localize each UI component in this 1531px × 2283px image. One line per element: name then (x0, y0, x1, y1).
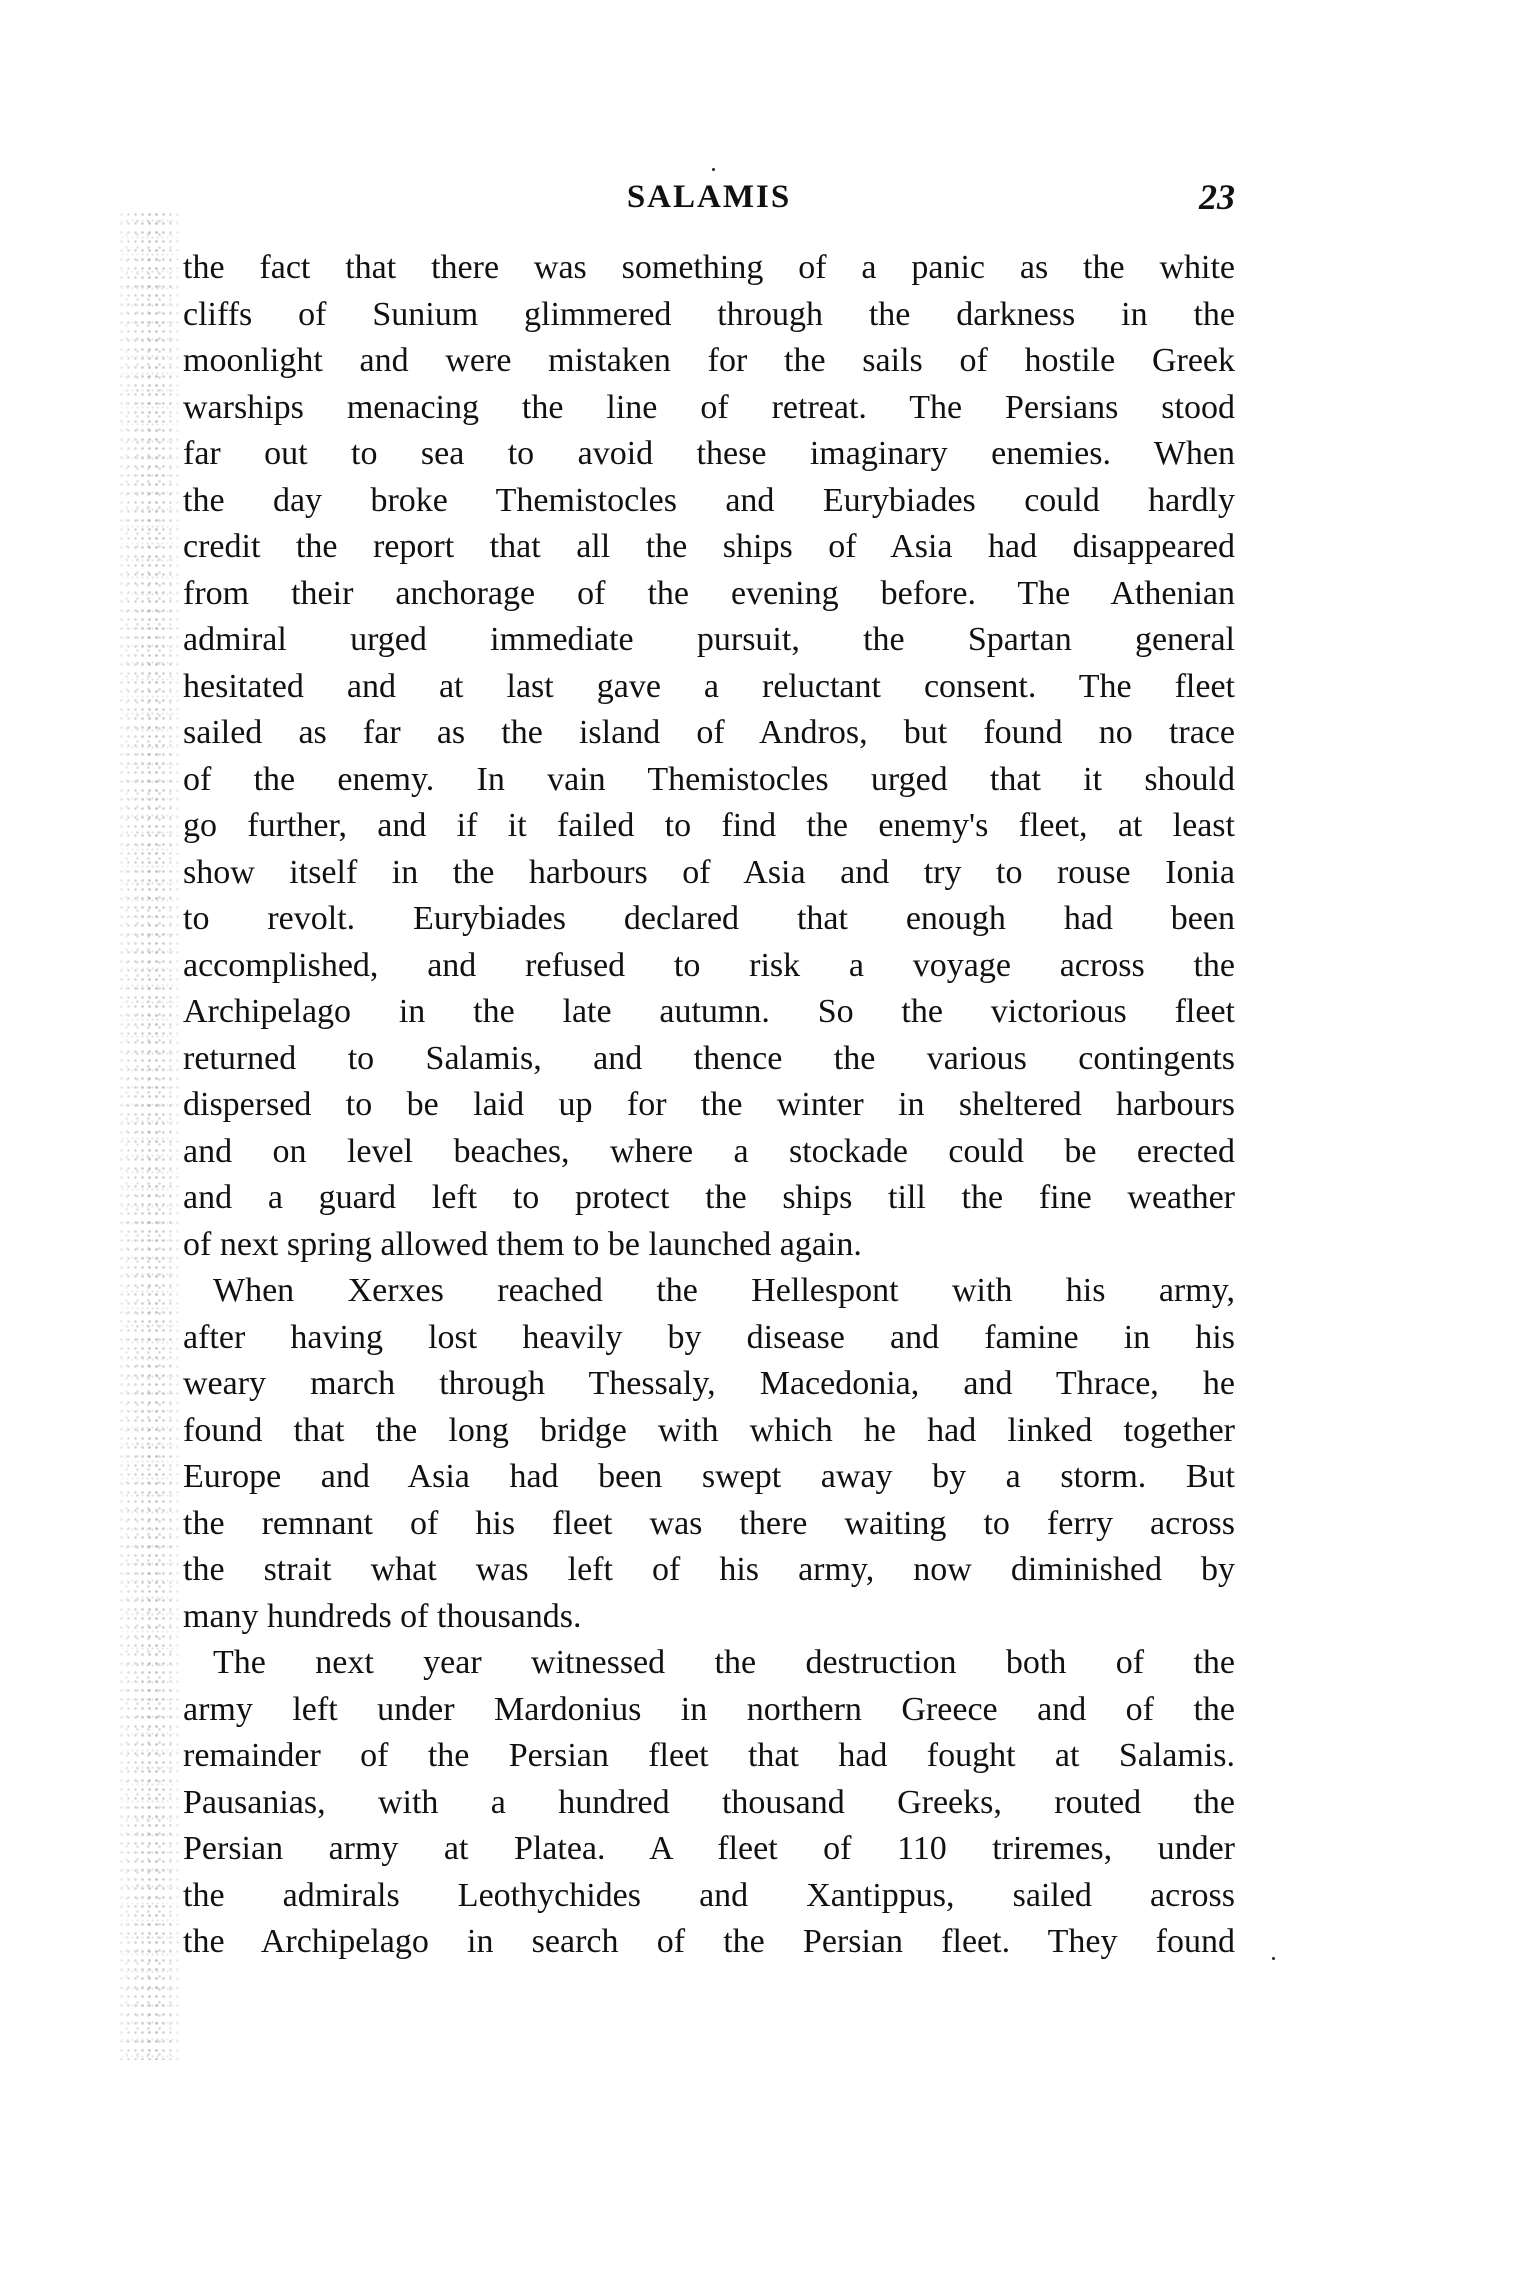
paragraph: The next year witnessed the destruction … (183, 1640, 1235, 1966)
book-page: SALAMIS 23 the fact that there was somet… (0, 0, 1531, 2283)
text-line: Archipelago in the late autumn. So the v… (183, 989, 1235, 1036)
text-line: the Archipelago in search of the Persian… (183, 1919, 1235, 1966)
text-line: army left under Mardonius in northern Gr… (183, 1687, 1235, 1734)
text-line: Europe and Asia had been swept away by a… (183, 1454, 1235, 1501)
running-title: SALAMIS (183, 172, 1235, 222)
scan-noise-margin (118, 210, 180, 2060)
text-line: weary march through Thessaly, Macedonia,… (183, 1361, 1235, 1408)
text-line: of the enemy. In vain Themistocles urged… (183, 757, 1235, 804)
text-line: the remnant of his fleet was there waiti… (183, 1501, 1235, 1548)
text-line: the fact that there was something of a p… (183, 245, 1235, 292)
running-head: SALAMIS 23 (183, 172, 1235, 222)
scan-speck (712, 168, 715, 171)
text-line: the admirals Leothychides and Xantippus,… (183, 1873, 1235, 1920)
text-line: Persian army at Platea. A fleet of 110 t… (183, 1826, 1235, 1873)
text-line: accomplished, and refused to risk a voya… (183, 943, 1235, 990)
text-line: found that the long bridge with which he… (183, 1408, 1235, 1455)
text-line: admiral urged immediate pursuit, the Spa… (183, 617, 1235, 664)
text-line: cliffs of Sunium glimmered through the d… (183, 292, 1235, 339)
text-line: Pausanias, with a hundred thousand Greek… (183, 1780, 1235, 1827)
text-line: credit the report that all the ships of … (183, 524, 1235, 571)
text-line: dispersed to be laid up for the winter i… (183, 1082, 1235, 1129)
text-line: When Xerxes reached the Hellespont with … (183, 1268, 1235, 1315)
paragraph: When Xerxes reached the Hellespont with … (183, 1268, 1235, 1640)
text-line: of next spring allowed them to be launch… (183, 1222, 1235, 1269)
text-line: and on level beaches, where a stockade c… (183, 1129, 1235, 1176)
text-line: hesitated and at last gave a reluctant c… (183, 664, 1235, 711)
text-line: go further, and if it failed to find the… (183, 803, 1235, 850)
text-line: and a guard left to protect the ships ti… (183, 1175, 1235, 1222)
text-line: remainder of the Persian fleet that had … (183, 1733, 1235, 1780)
text-line: moonlight and were mistaken for the sail… (183, 338, 1235, 385)
text-line: sailed as far as the island of Andros, b… (183, 710, 1235, 757)
paragraph: the fact that there was something of a p… (183, 245, 1235, 1268)
text-line: warships menacing the line of retreat. T… (183, 385, 1235, 432)
text-line: the day broke Themistocles and Eurybiade… (183, 478, 1235, 525)
body-text: the fact that there was something of a p… (183, 245, 1235, 1966)
text-line: from their anchorage of the evening befo… (183, 571, 1235, 618)
text-line: far out to sea to avoid these imaginary … (183, 431, 1235, 478)
text-line: returned to Salamis, and thence the vari… (183, 1036, 1235, 1083)
text-line: the strait what was left of his army, no… (183, 1547, 1235, 1594)
text-line: after having lost heavily by disease and… (183, 1315, 1235, 1362)
scan-speck (1272, 1957, 1275, 1960)
text-line: The next year witnessed the destruction … (183, 1640, 1235, 1687)
text-line: many hundreds of thousands. (183, 1594, 1235, 1641)
text-line: to revolt. Eurybiades declared that enou… (183, 896, 1235, 943)
page-number: 23 (1199, 172, 1235, 222)
text-line: show itself in the harbours of Asia and … (183, 850, 1235, 897)
